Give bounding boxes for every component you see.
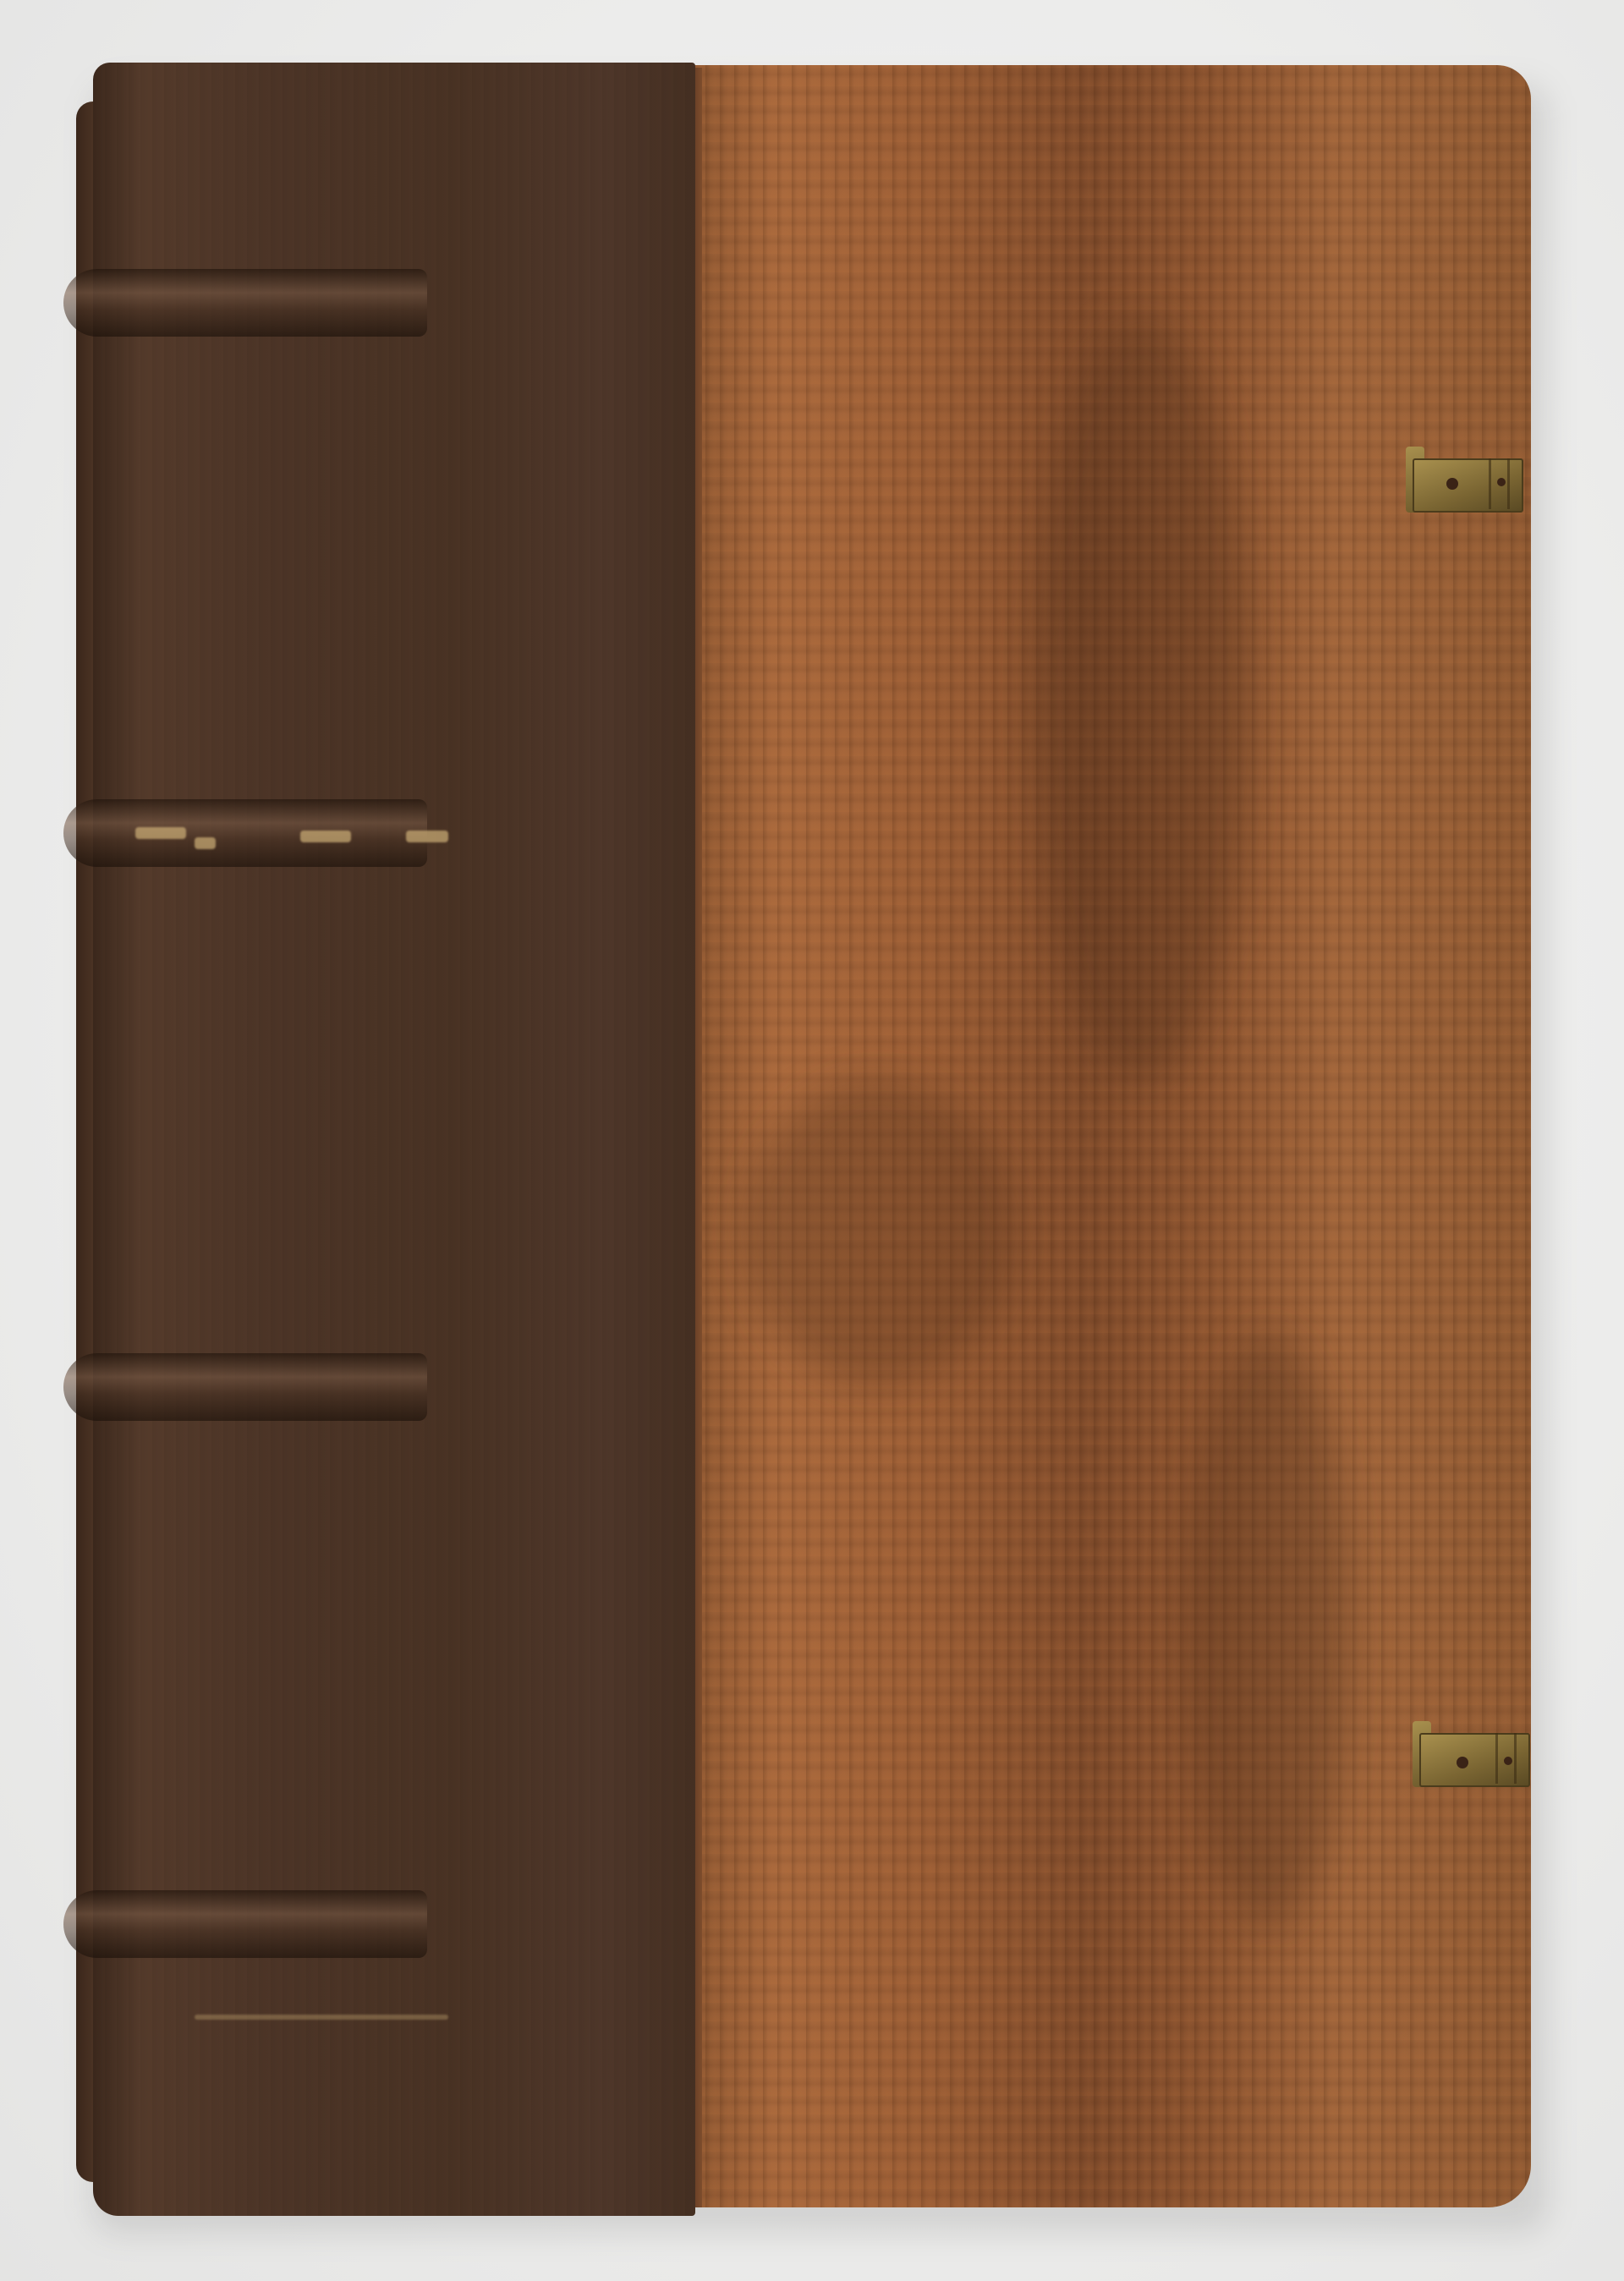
clasp-ridge [1495, 1733, 1498, 1784]
clasp-fitting-lower [1404, 1721, 1527, 1787]
stain [1184, 1334, 1353, 1926]
raised-band-2 [63, 799, 427, 867]
raised-band-3 [63, 1353, 427, 1421]
clasp-ridge [1489, 458, 1491, 509]
clasp-ridge [1507, 458, 1510, 509]
gilt-trace [406, 831, 448, 842]
clasp-ridge [1514, 1733, 1517, 1784]
gilt-trace [300, 831, 351, 842]
raised-band-4 [63, 1890, 427, 1958]
clasp-fitting-upper [1397, 447, 1520, 513]
raised-band-1 [63, 269, 427, 337]
rivet-icon [1504, 1757, 1512, 1765]
stain [744, 1080, 1015, 1385]
gilt-trace [195, 837, 216, 849]
wooden-board-cover [677, 65, 1531, 2207]
rivet-icon [1457, 1757, 1468, 1768]
rivet-icon [1497, 478, 1506, 486]
gilt-trace [195, 2015, 448, 2020]
stain [1032, 319, 1252, 1080]
gilt-trace [135, 827, 186, 839]
rivet-icon [1446, 478, 1458, 490]
